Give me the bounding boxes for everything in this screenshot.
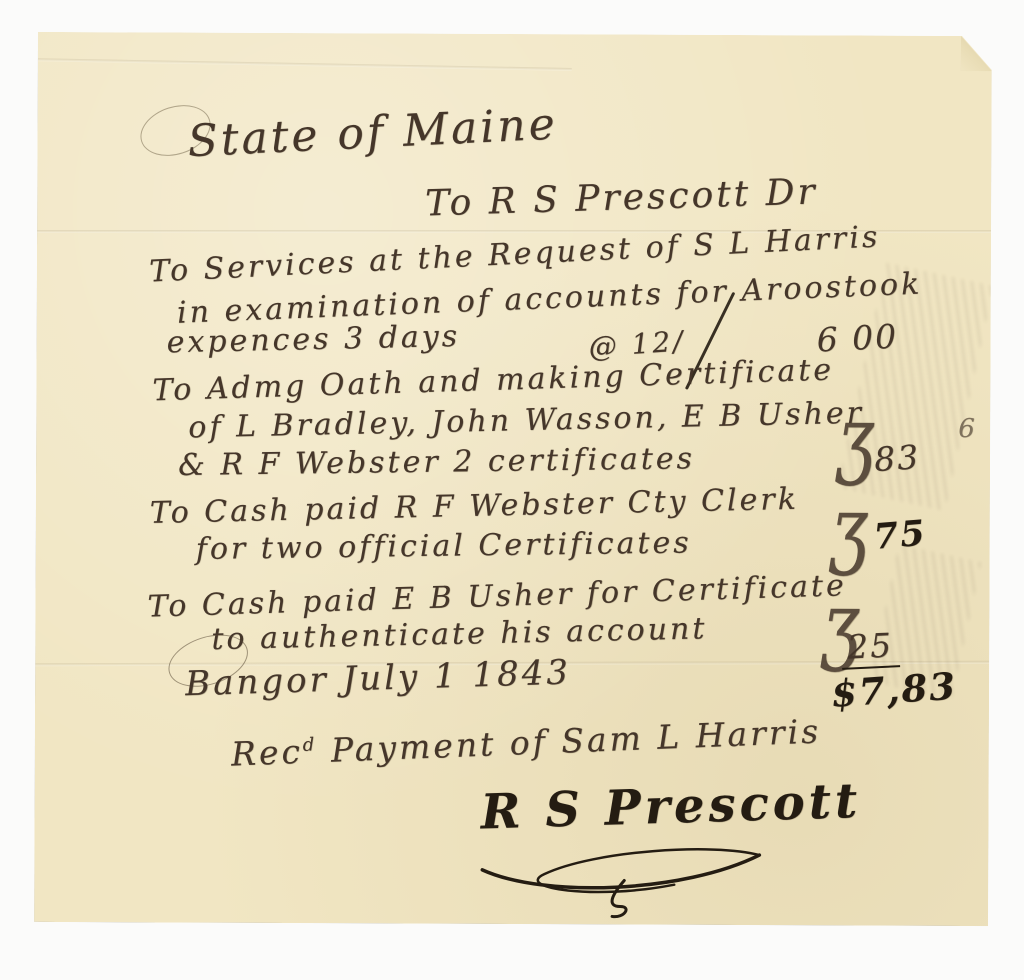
item-line: To Cash paid R F Webster Cty Clerk [150, 485, 800, 529]
item-line: for two official Certificates [196, 528, 692, 564]
amount-value: 83 [873, 440, 921, 476]
fold-crease [38, 58, 572, 71]
receipt-line: Recd Payment of Sam L Harris [230, 714, 821, 770]
addressee-line: To R S Prescott Dr [425, 174, 818, 222]
page-title: State of Maine [187, 103, 559, 165]
item-line: expences 3 days [166, 322, 460, 358]
total-value: $7,83 [830, 668, 958, 713]
ink-brace: ʒ [836, 397, 878, 482]
amount-value: 25 [840, 628, 900, 670]
signature-name: R S Prescott [480, 777, 862, 837]
item-line: To Cash paid E B Usher for Certificate [147, 571, 847, 622]
amount-value: 6 00 [816, 320, 899, 357]
signature-flourish [474, 840, 774, 931]
receipt-rest: Payment of Sam L Harris [317, 711, 822, 770]
item-line: & R F Webster 2 certificates [178, 444, 695, 481]
ink-brace: ʒ [830, 487, 872, 572]
receipt-prefix: Rec [230, 732, 303, 774]
document-paper: State of Maine To R S Prescott Dr To Ser… [34, 32, 992, 926]
folded-corner [961, 36, 992, 71]
stray-ink-mark: 6 [958, 416, 978, 442]
amount-value: 75 [872, 516, 927, 555]
receipt-superscript: d [302, 734, 317, 756]
item-line: of L Bradley, John Wasson, E B Usher [188, 399, 864, 444]
item-line: to authenticate his account [211, 614, 708, 655]
dateline: Bangor July 1 1843 [185, 656, 572, 702]
